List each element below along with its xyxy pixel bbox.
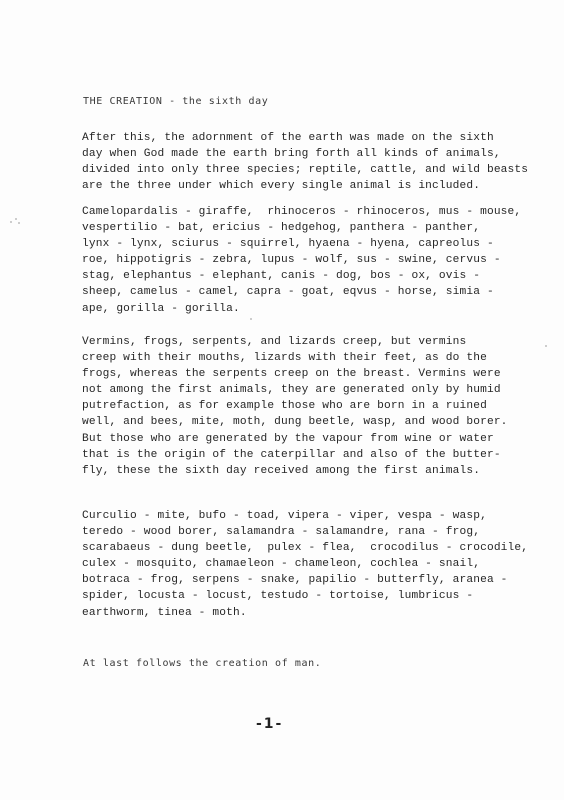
- text-line: teredo - wood borer, salamandra - salama…: [82, 524, 528, 540]
- text-line: well, and bees, mite, moth, dung beetle,…: [82, 414, 508, 430]
- text-line: vespertilio - bat, ericius - hedgehog, p…: [82, 220, 521, 236]
- text-line: are the three under which every single a…: [82, 178, 528, 194]
- text-line: stag, elephantus - elephant, canis - dog…: [82, 268, 521, 284]
- text-line: not among the first animals, they are ge…: [82, 382, 508, 398]
- text-line: Curculio - mite, bufo - toad, vipera - v…: [82, 508, 528, 524]
- text-line: creep with their mouths, lizards with th…: [82, 350, 508, 366]
- scan-speck: [545, 345, 547, 347]
- page-number: -1-: [256, 716, 283, 732]
- scan-speck: [15, 218, 17, 220]
- scan-speck: [18, 222, 20, 224]
- paragraph-intro: After this, the adornment of the earth w…: [82, 130, 528, 194]
- paragraph-vermins: Vermins, frogs, serpents, and lizards cr…: [82, 334, 508, 479]
- text-line: putrefaction, as for example those who a…: [82, 398, 508, 414]
- text-line: day when God made the earth bring forth …: [82, 146, 528, 162]
- paragraph-creatures-list: Curculio - mite, bufo - toad, vipera - v…: [82, 508, 528, 621]
- document-heading: THE CREATION - the sixth day: [83, 94, 268, 110]
- text-line: culex - mosquito, chamaeleon - chameleon…: [82, 556, 528, 572]
- text-line: sheep, camelus - camel, capra - goat, eq…: [82, 284, 521, 300]
- paragraph-mammals-list: Camelopardalis - giraffe, rhinoceros - r…: [82, 204, 521, 317]
- text-line: frogs, whereas the serpents creep on the…: [82, 366, 508, 382]
- text-line: But those who are generated by the vapou…: [82, 431, 508, 447]
- scan-speck: [250, 318, 252, 320]
- document-page: THE CREATION - the sixth day After this,…: [0, 0, 564, 800]
- scan-speck: [10, 221, 12, 223]
- text-line: Camelopardalis - giraffe, rhinoceros - r…: [82, 204, 521, 220]
- text-line: earthworm, tinea - moth.: [82, 605, 528, 621]
- text-line: roe, hippotigris - zebra, lupus - wolf, …: [82, 252, 521, 268]
- text-line: spider, locusta - locust, testudo - tort…: [82, 588, 528, 604]
- text-line: fly, these the sixth day received among …: [82, 463, 508, 479]
- closing-sentence: At last follows the creation of man.: [83, 656, 321, 672]
- text-line: that is the origin of the caterpillar an…: [82, 447, 508, 463]
- text-line: scarabaeus - dung beetle, pulex - flea, …: [82, 540, 528, 556]
- text-line: lynx - lynx, sciurus - squirrel, hyaena …: [82, 236, 521, 252]
- text-line: botraca - frog, serpens - snake, papilio…: [82, 572, 528, 588]
- text-line: Vermins, frogs, serpents, and lizards cr…: [82, 334, 508, 350]
- text-line: After this, the adornment of the earth w…: [82, 130, 528, 146]
- text-line: divided into only three species; reptile…: [82, 162, 528, 178]
- text-line: ape, gorilla - gorilla.: [82, 301, 521, 317]
